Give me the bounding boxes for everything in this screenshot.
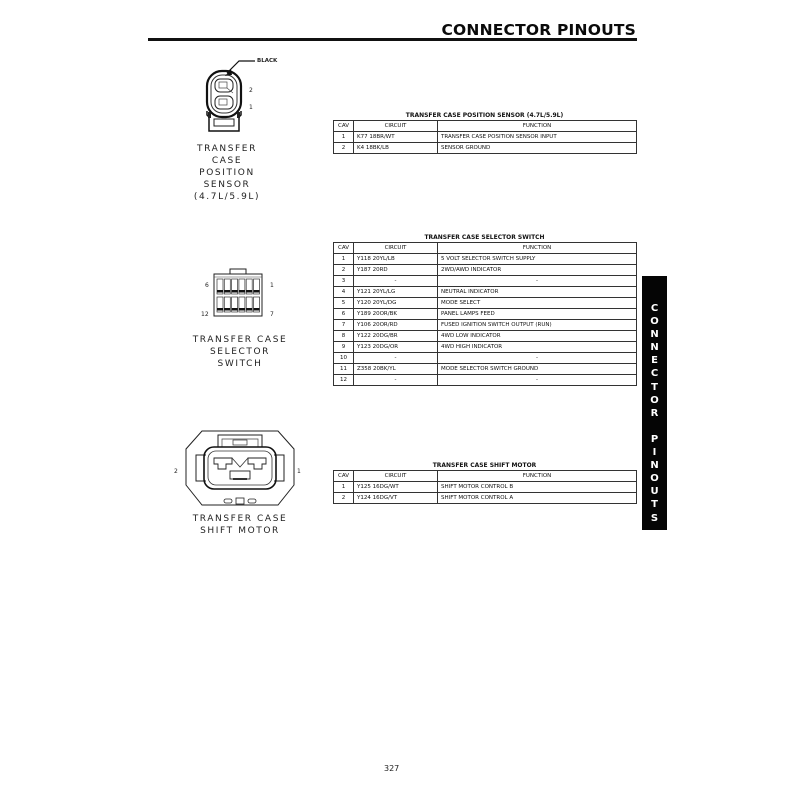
function-cell: -	[438, 375, 637, 386]
circuit-cell: -	[354, 276, 438, 287]
function-cell: -	[438, 276, 637, 287]
function-cell: SHIFT MOTOR CONTROL A	[438, 493, 637, 504]
cav-cell: 10	[334, 353, 354, 364]
column-header: FUNCTION	[438, 243, 637, 254]
caption-line: CASE	[190, 155, 264, 167]
circuit-cell: Y121 20YL/LG	[354, 287, 438, 298]
table-row: 2K4 18BK/LBSENSOR GROUND	[334, 143, 637, 154]
cav-cell: 11	[334, 364, 354, 375]
cav-cell: 8	[334, 331, 354, 342]
side-tab-letter: P	[642, 433, 667, 446]
table-row: 12--	[334, 375, 637, 386]
column-header: CIRCUIT	[354, 471, 438, 482]
side-tab-letter: I	[642, 446, 667, 459]
column-header: CIRCUIT	[354, 243, 438, 254]
side-tab-letter: N	[642, 328, 667, 341]
table-row: 7Y106 20OR/RDFUSED IGNITION SWITCH OUTPU…	[334, 320, 637, 331]
column-header: CAV	[334, 121, 354, 132]
page-number: 327	[384, 764, 399, 773]
table-title: TRANSFER CASE SHIFT MOTOR	[345, 461, 624, 470]
caption-line: TRANSFER	[190, 143, 264, 155]
table-header-row: CAVCIRCUITFUNCTION	[334, 121, 637, 132]
circuit-cell: Y122 20DG/BR	[354, 331, 438, 342]
column-header: CIRCUIT	[354, 121, 438, 132]
column-header: CAV	[334, 471, 354, 482]
circuit-cell: Y118 20YL/LB	[354, 254, 438, 265]
side-tab-label: CONNECTOR PINOUTS	[642, 302, 667, 525]
caption-line: TRANSFER CASE	[190, 513, 290, 525]
function-cell: MODE SELECTOR SWITCH GROUND	[438, 364, 637, 375]
shift-motor-connector-diagram	[180, 425, 300, 515]
table-row: 8Y122 20DG/BR4WD LOW INDICATOR	[334, 331, 637, 342]
pinout-table: CAVCIRCUITFUNCTION1Y125 16DG/WTSHIFT MOT…	[333, 470, 637, 504]
circuit-cell: -	[354, 353, 438, 364]
column-header: FUNCTION	[438, 121, 637, 132]
cav-cell: 1	[334, 254, 354, 265]
caption-line: SHIFT MOTOR	[190, 525, 290, 537]
circuit-cell: Y125 16DG/WT	[354, 482, 438, 493]
table-row: 2Y124 16DG/VTSHIFT MOTOR CONTROL A	[334, 493, 637, 504]
cav-cell: 7	[334, 320, 354, 331]
shift-motor-pin-label-2: 2	[174, 468, 178, 475]
cav-cell: 5	[334, 298, 354, 309]
side-tab-letter: C	[642, 367, 667, 380]
column-header: CAV	[334, 243, 354, 254]
function-cell: SHIFT MOTOR CONTROL B	[438, 482, 637, 493]
caption-line: (4.7L/5.9L)	[190, 191, 264, 203]
table-row: 2Y187 20RD2WD/AWD INDICATOR	[334, 265, 637, 276]
column-header: FUNCTION	[438, 471, 637, 482]
circuit-cell: Y120 20YL/DG	[354, 298, 438, 309]
pinout-table: CAVCIRCUITFUNCTION1K77 18BR/WTTRANSFER C…	[333, 120, 637, 154]
function-cell: 4WD HIGH INDICATOR	[438, 342, 637, 353]
circuit-cell: Y106 20OR/RD	[354, 320, 438, 331]
side-tab-letter: E	[642, 354, 667, 367]
circuit-cell: Y124 16DG/VT	[354, 493, 438, 504]
table-row: 10--	[334, 353, 637, 364]
cav-cell: 2	[334, 143, 354, 154]
side-tab-letter: N	[642, 459, 667, 472]
caption-line: SELECTOR SWITCH	[190, 346, 290, 370]
selector-switch-pin-label-12: 12	[201, 311, 209, 318]
cav-cell: 12	[334, 375, 354, 386]
table-row: 1Y125 16DG/WTSHIFT MOTOR CONTROL B	[334, 482, 637, 493]
side-tab-letter: T	[642, 381, 667, 394]
position-sensor-caption: TRANSFERCASEPOSITIONSENSOR(4.7L/5.9L)	[190, 143, 264, 203]
cav-cell: 1	[334, 132, 354, 143]
circuit-cell: Y189 20OR/BK	[354, 309, 438, 320]
selector-switch-pin-label-1: 1	[270, 282, 274, 289]
function-cell: SENSOR GROUND	[438, 143, 637, 154]
shift-motor-pinout-table: TRANSFER CASE SHIFT MOTOR CAVCIRCUITFUNC…	[333, 461, 636, 504]
cav-cell: 6	[334, 309, 354, 320]
side-tab-letter: C	[642, 302, 667, 315]
caption-line: TRANSFER CASE	[190, 334, 290, 346]
shift-motor-pin-label-1: 1	[297, 468, 301, 475]
circuit-cell: Y187 20RD	[354, 265, 438, 276]
function-cell: FUSED IGNITION SWITCH OUTPUT (RUN)	[438, 320, 637, 331]
function-cell: -	[438, 353, 637, 364]
side-tab-letter	[642, 420, 667, 433]
cav-cell: 2	[334, 493, 354, 504]
function-cell: PANEL LAMPS FEED	[438, 309, 637, 320]
function-cell: TRANSFER CASE POSITION SENSOR INPUT	[438, 132, 637, 143]
position-sensor-pinout-table: TRANSFER CASE POSITION SENSOR (4.7L/5.9L…	[333, 111, 636, 154]
cav-cell: 1	[334, 482, 354, 493]
section-side-tab: CONNECTOR PINOUTS	[642, 276, 667, 530]
position-sensor-pin-label-2: 2	[249, 87, 253, 94]
table-header-row: CAVCIRCUITFUNCTION	[334, 243, 637, 254]
page-title: CONNECTOR PINOUTS	[441, 21, 636, 39]
table-row: 6Y189 20OR/BKPANEL LAMPS FEED	[334, 309, 637, 320]
circuit-cell: -	[354, 375, 438, 386]
selector-switch-connector-diagram	[210, 266, 270, 318]
table-row: 4Y121 20YL/LGNEUTRAL INDICATOR	[334, 287, 637, 298]
side-tab-letter: R	[642, 407, 667, 420]
circuit-cell: K77 18BR/WT	[354, 132, 438, 143]
selector-switch-pin-label-7: 7	[270, 311, 274, 318]
table-row: 5Y120 20YL/DGMODE SELECT	[334, 298, 637, 309]
circuit-cell: Y123 20DG/OR	[354, 342, 438, 353]
caption-line: SENSOR	[190, 179, 264, 191]
selector-switch-pin-label-6: 6	[205, 282, 209, 289]
selector-switch-caption: TRANSFER CASESELECTOR SWITCH	[190, 334, 290, 370]
position-sensor-connector-diagram	[195, 55, 285, 145]
side-tab-letter: O	[642, 315, 667, 328]
side-tab-letter: O	[642, 394, 667, 407]
shift-motor-caption: TRANSFER CASESHIFT MOTOR	[190, 513, 290, 537]
cav-cell: 9	[334, 342, 354, 353]
table-row: 3--	[334, 276, 637, 287]
table-row: 1K77 18BR/WTTRANSFER CASE POSITION SENSO…	[334, 132, 637, 143]
function-cell: NEUTRAL INDICATOR	[438, 287, 637, 298]
circuit-cell: K4 18BK/LB	[354, 143, 438, 154]
side-tab-letter: N	[642, 341, 667, 354]
position-sensor-pin-label-1: 1	[249, 104, 253, 111]
circuit-cell: Z358 20BK/YL	[354, 364, 438, 375]
pinout-table: CAVCIRCUITFUNCTION1Y118 20YL/LB5 VOLT SE…	[333, 242, 637, 386]
title-rule	[148, 38, 637, 41]
table-title: TRANSFER CASE SELECTOR SWITCH	[345, 233, 624, 242]
table-row: 1Y118 20YL/LB5 VOLT SELECTOR SWITCH SUPP…	[334, 254, 637, 265]
selector-switch-pinout-table: TRANSFER CASE SELECTOR SWITCH CAVCIRCUIT…	[333, 233, 636, 386]
side-tab-letter: S	[642, 512, 667, 525]
side-tab-letter: T	[642, 498, 667, 511]
cav-cell: 3	[334, 276, 354, 287]
function-cell: MODE SELECT	[438, 298, 637, 309]
table-title: TRANSFER CASE POSITION SENSOR (4.7L/5.9L…	[345, 111, 624, 120]
caption-line: POSITION	[190, 167, 264, 179]
table-row: 9Y123 20DG/OR4WD HIGH INDICATOR	[334, 342, 637, 353]
position-sensor-callout-label: BLACK	[257, 58, 277, 64]
side-tab-letter: U	[642, 485, 667, 498]
table-header-row: CAVCIRCUITFUNCTION	[334, 471, 637, 482]
function-cell: 2WD/AWD INDICATOR	[438, 265, 637, 276]
function-cell: 4WD LOW INDICATOR	[438, 331, 637, 342]
side-tab-letter: O	[642, 472, 667, 485]
cav-cell: 4	[334, 287, 354, 298]
table-row: 11Z358 20BK/YLMODE SELECTOR SWITCH GROUN…	[334, 364, 637, 375]
cav-cell: 2	[334, 265, 354, 276]
function-cell: 5 VOLT SELECTOR SWITCH SUPPLY	[438, 254, 637, 265]
